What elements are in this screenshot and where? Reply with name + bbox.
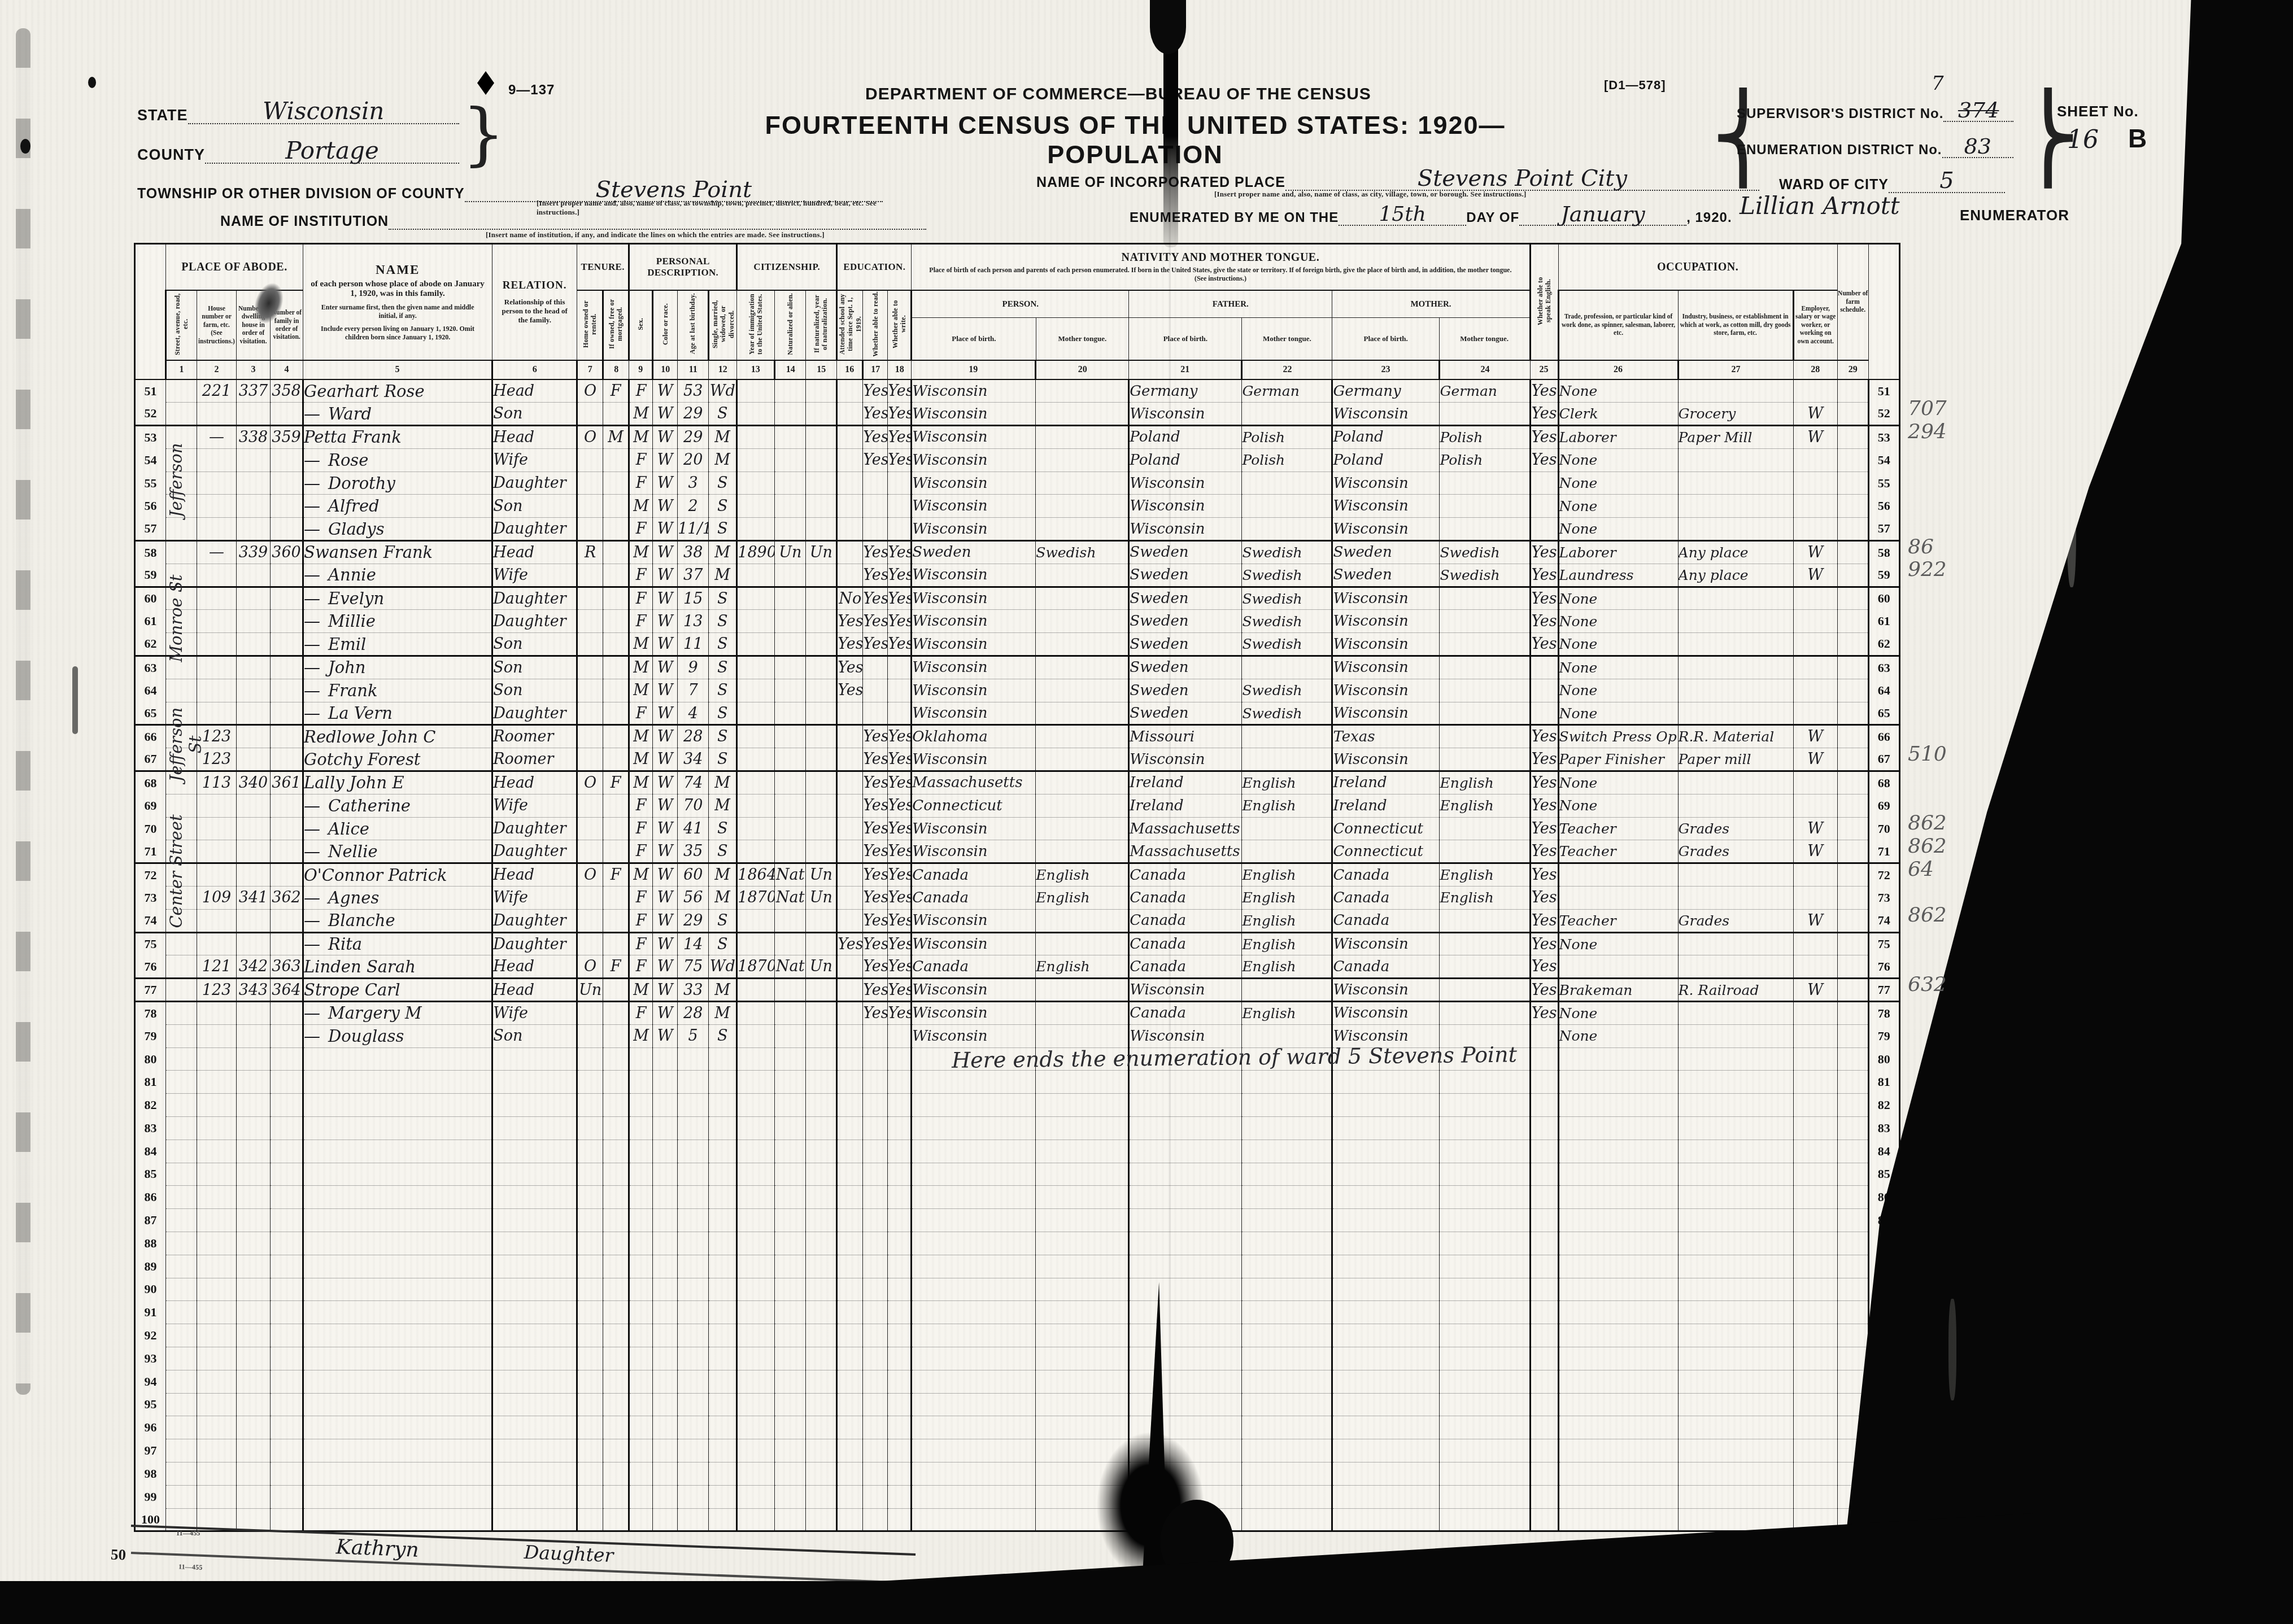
ind-cell (1678, 1324, 1793, 1347)
mpob-cell: Sweden (1332, 564, 1440, 587)
fmt-cell (1242, 1186, 1332, 1209)
imm-cell (737, 817, 775, 840)
eng-cell (1530, 1094, 1558, 1117)
age-cell (678, 1416, 709, 1439)
own-cell (577, 518, 603, 541)
ind-cell: Paper Mill (1678, 426, 1793, 449)
mar-cell (709, 1163, 737, 1186)
school-cell (837, 379, 863, 403)
sex-cell: F (629, 932, 653, 955)
nat-cell (775, 495, 806, 518)
mmt-cell (1440, 1485, 1530, 1508)
dw-cell (237, 518, 271, 541)
farm-cell (1837, 887, 1868, 910)
fam-cell (271, 1002, 303, 1025)
natyr-cell: Un (806, 887, 837, 910)
trade-cell: None (1558, 587, 1678, 610)
house-cell (197, 1094, 237, 1117)
street-cell (166, 1094, 197, 1117)
census-row: 8787 (135, 1209, 1900, 1232)
house-cell (197, 679, 237, 702)
emp-cell (1793, 1347, 1837, 1370)
mmt-cell (1440, 1393, 1530, 1416)
nat-cell (775, 1416, 806, 1439)
rel-cell: Daughter (492, 932, 577, 955)
school-cell (837, 518, 863, 541)
ind-cell (1678, 1186, 1793, 1209)
mpob-cell: Connecticut (1332, 817, 1440, 840)
own-cell (577, 1301, 603, 1324)
mar-cell (709, 1047, 737, 1071)
row-number: 66 (1868, 725, 1899, 748)
rel-cell: Daughter (492, 817, 577, 840)
census-row: 74—BlancheDaughterFW29SYesYesWisconsinCa… (135, 909, 1900, 932)
row-number: 83 (1868, 1117, 1899, 1140)
dw-cell (237, 840, 271, 863)
emp-cell: W (1793, 909, 1837, 932)
fam-cell (271, 587, 303, 610)
school-cell (837, 748, 863, 771)
name-cell: —Ward (303, 403, 492, 426)
imm-cell (737, 564, 775, 587)
row-number: 63 (135, 656, 166, 679)
color-cell (653, 1209, 678, 1232)
ind-cell (1678, 1393, 1793, 1416)
row-number: 55 (135, 472, 166, 495)
color-cell: W (653, 379, 678, 403)
ink-blot (477, 71, 494, 95)
ink-smear (1150, 0, 1186, 54)
rel-cell (492, 1047, 577, 1071)
write-cell (888, 1278, 912, 1301)
pob-cell (912, 1071, 1036, 1094)
fmt-cell (1242, 472, 1332, 495)
mar-cell: M (709, 564, 737, 587)
fam-cell (271, 1370, 303, 1393)
color-cell (653, 1462, 678, 1485)
fam-cell (271, 403, 303, 426)
nat-cell: Nat (775, 863, 806, 887)
age-cell (678, 1140, 709, 1163)
farm-cell (1837, 587, 1868, 610)
sex-cell (629, 1347, 653, 1370)
group-occupation: OCCUPATION. (1558, 244, 1837, 291)
mpob-cell: Germany (1332, 379, 1440, 403)
mort-cell (603, 518, 629, 541)
natyr-cell (806, 1439, 837, 1463)
census-row: 8989 (135, 1255, 1900, 1278)
color-cell: W (653, 794, 678, 817)
trade-cell: None (1558, 1002, 1678, 1025)
color-cell (653, 1278, 678, 1301)
row-number: 76 (1868, 955, 1899, 979)
emp-cell (1793, 1485, 1837, 1508)
nat-cell (775, 1255, 806, 1278)
margin-annotation: 922 (1908, 558, 1947, 581)
sex-cell: M (629, 541, 653, 564)
house-cell (197, 909, 237, 932)
farm-cell (1837, 817, 1868, 840)
fmt-cell (1242, 1140, 1332, 1163)
farm-cell (1837, 794, 1868, 817)
mar-cell: S (709, 817, 737, 840)
rel-cell: Daughter (492, 472, 577, 495)
color-cell (653, 1301, 678, 1324)
fmt-cell: English (1242, 794, 1332, 817)
emp-cell (1793, 1071, 1837, 1094)
farm-cell (1837, 979, 1868, 1002)
row-number: 79 (135, 1024, 166, 1047)
natyr-cell (806, 610, 837, 633)
school-cell (837, 1209, 863, 1232)
natyr-cell (806, 1278, 837, 1301)
write-cell: Yes (888, 979, 912, 1002)
own-cell (577, 587, 603, 610)
own-cell (577, 495, 603, 518)
eng-cell: Yes (1530, 610, 1558, 633)
mar-cell (709, 1347, 737, 1370)
school-cell (837, 1370, 863, 1393)
imm-cell (737, 1232, 775, 1255)
age-cell (678, 1186, 709, 1209)
row-number: 53 (1868, 426, 1899, 449)
rel-cell: Daughter (492, 909, 577, 932)
trade-cell (1558, 1347, 1678, 1370)
rel-cell: Wife (492, 1002, 577, 1025)
trade-cell (1558, 1186, 1678, 1209)
emp-cell (1793, 495, 1837, 518)
age-cell (678, 1278, 709, 1301)
age-cell: 56 (678, 887, 709, 910)
mpob-cell: Texas (1332, 725, 1440, 748)
fpob-cell: Wisconsin (1129, 472, 1242, 495)
imm-cell (737, 1393, 775, 1416)
dw-cell (237, 1255, 271, 1278)
column-number: 11 (678, 360, 709, 379)
eng-cell: Yes (1530, 1002, 1558, 1025)
age-cell: 28 (678, 725, 709, 748)
color-cell (653, 1370, 678, 1393)
trade-cell (1558, 1370, 1678, 1393)
census-row: 8686 (135, 1186, 1900, 1209)
nat-cell (775, 1094, 806, 1117)
read-cell: Yes (863, 771, 888, 794)
row-number: 77 (135, 979, 166, 1002)
name-cell (303, 1094, 492, 1117)
emp-cell (1793, 1002, 1837, 1025)
nat-cell (775, 1508, 806, 1531)
mt-cell (1036, 702, 1129, 725)
mpob-cell: Wisconsin (1332, 656, 1440, 679)
eng-cell: Yes (1530, 587, 1558, 610)
fam-cell (271, 448, 303, 472)
house-cell (197, 448, 237, 472)
row-number: 86 (135, 1186, 166, 1209)
mt-cell (1036, 1209, 1129, 1232)
street-cell (166, 1117, 197, 1140)
emp-cell (1793, 1024, 1837, 1047)
pob-cell (912, 1163, 1036, 1186)
row-number: 52 (1868, 403, 1899, 426)
pob-cell: Connecticut (912, 794, 1036, 817)
mmt-cell (1440, 656, 1530, 679)
age-cell: 38 (678, 541, 709, 564)
census-row: 77123343364Strope CarlHeadUnMW33MYesYesW… (135, 979, 1900, 1002)
house-cell: — (197, 541, 237, 564)
mpob-cell (1332, 1140, 1440, 1163)
row-number-header (1868, 244, 1899, 380)
mpob-cell (1332, 1232, 1440, 1255)
emp-cell (1793, 679, 1837, 702)
mpob-cell: Canada (1332, 909, 1440, 932)
row-number: 80 (1868, 1047, 1899, 1071)
name-cell (303, 1232, 492, 1255)
mmt-cell (1440, 955, 1530, 979)
trade-cell (1558, 1163, 1678, 1186)
nat-cell (775, 1002, 806, 1025)
column-number: 6 (492, 360, 577, 379)
supervisor-value: 374 (1958, 98, 1999, 123)
trade-cell (1558, 1232, 1678, 1255)
farm-cell (1837, 702, 1868, 725)
natyr-cell (806, 564, 837, 587)
ind-cell: Paper mill (1678, 748, 1793, 771)
natyr-cell (806, 794, 837, 817)
mpob-cell (1332, 1416, 1440, 1439)
emp-cell (1793, 472, 1837, 495)
farm-cell (1837, 932, 1868, 955)
mort-cell (603, 564, 629, 587)
school-cell (837, 1278, 863, 1301)
name-cell (303, 1186, 492, 1209)
mt-cell: English (1036, 955, 1129, 979)
write-cell: Yes (888, 633, 912, 656)
fam-cell (271, 794, 303, 817)
ind-cell (1678, 1439, 1793, 1463)
natyr-cell: Un (806, 955, 837, 979)
write-cell (888, 1416, 912, 1439)
dw-cell (237, 1209, 271, 1232)
row-number: 82 (135, 1094, 166, 1117)
ind-cell (1678, 1347, 1793, 1370)
row-number: 85 (135, 1163, 166, 1186)
fmt-cell: German (1242, 379, 1332, 403)
census-row: 8484 (135, 1140, 1900, 1163)
dw-cell: 338 (237, 426, 271, 449)
imm-cell (737, 840, 775, 863)
census-row: 9191 (135, 1301, 1900, 1324)
house-cell (197, 1347, 237, 1370)
nat-cell (775, 587, 806, 610)
name-cell (303, 1071, 492, 1094)
street-name: Center Street (167, 791, 197, 952)
sex-cell: M (629, 725, 653, 748)
mmt-cell (1440, 725, 1530, 748)
fam-cell (271, 1462, 303, 1485)
person-mother-tongue-header: Mother tongue. (1036, 318, 1129, 360)
write-cell (888, 1485, 912, 1508)
eng-cell: Yes (1530, 909, 1558, 932)
mmt-cell (1440, 1232, 1530, 1255)
ind-cell (1678, 1232, 1793, 1255)
read-cell (863, 1163, 888, 1186)
form-corner-mark: 11—455 (176, 1529, 200, 1538)
imm-cell (737, 587, 775, 610)
write-cell: Yes (888, 610, 912, 633)
dw-cell (237, 1462, 271, 1485)
ind-cell (1678, 1163, 1793, 1186)
census-row: 57—GladysDaughterFW11/12SWisconsinWiscon… (135, 518, 1900, 541)
mmt-cell (1440, 1347, 1530, 1370)
imm-cell (737, 1186, 775, 1209)
mpob-cell (1332, 1094, 1440, 1117)
row-number: 66 (135, 725, 166, 748)
age-cell: 74 (678, 771, 709, 794)
column-number: 27 (1678, 360, 1793, 379)
sex-cell (629, 1508, 653, 1531)
own-cell (577, 1117, 603, 1140)
street-cell (166, 1439, 197, 1463)
write-cell: Yes (888, 840, 912, 863)
name-cell: —Agnes (303, 887, 492, 910)
own-cell (577, 1255, 603, 1278)
brace-icon: } (462, 95, 505, 173)
natyr-cell (806, 1462, 837, 1485)
school-cell (837, 1094, 863, 1117)
fam-cell: 364 (271, 979, 303, 1002)
eng-cell: Yes (1530, 541, 1558, 564)
read-cell (863, 1024, 888, 1047)
nat-cell (775, 1071, 806, 1094)
own-cell (577, 817, 603, 840)
age-cell: 35 (678, 840, 709, 863)
color-cell (653, 1485, 678, 1508)
school-cell (837, 771, 863, 794)
sex-cell (629, 1255, 653, 1278)
mort-cell (603, 541, 629, 564)
read-cell: Yes (863, 426, 888, 449)
ind-cell (1678, 1462, 1793, 1485)
natyr-cell (806, 1163, 837, 1186)
fam-cell (271, 472, 303, 495)
own-cell: Un (577, 979, 603, 1002)
mar-cell: S (709, 633, 737, 656)
rel-cell: Head (492, 426, 577, 449)
fam-cell (271, 1439, 303, 1463)
natyr-cell (806, 1301, 837, 1324)
imm-cell (737, 702, 775, 725)
mar-cell: M (709, 887, 737, 910)
census-row: 55—DorothyDaughterFW3SWisconsinWisconsin… (135, 472, 1900, 495)
natyr-cell (806, 448, 837, 472)
fpob-cell: Poland (1129, 448, 1242, 472)
rel-cell: Wife (492, 564, 577, 587)
column-marital-status: Single, married, widowed, or divorced. (709, 290, 737, 360)
mort-cell (603, 702, 629, 725)
column-number: 21 (1129, 360, 1242, 379)
dw-cell (237, 610, 271, 633)
natyr-cell (806, 472, 837, 495)
read-cell: Yes (863, 955, 888, 979)
mother-place-of-birth-header: Place of birth. (1332, 318, 1438, 360)
fmt-cell: English (1242, 955, 1332, 979)
mort-cell (603, 1416, 629, 1439)
fmt-cell: Polish (1242, 448, 1332, 472)
mpob-cell (1332, 1071, 1440, 1094)
natyr-cell (806, 633, 837, 656)
sex-cell: F (629, 817, 653, 840)
emp-cell (1793, 1163, 1837, 1186)
trade-cell (1558, 955, 1678, 979)
age-cell: 4 (678, 702, 709, 725)
name-cell: —La Vern (303, 702, 492, 725)
ind-cell (1678, 702, 1793, 725)
trade-cell (1558, 1416, 1678, 1439)
trade-cell (1558, 887, 1678, 910)
read-cell: Yes (863, 887, 888, 910)
dw-cell (237, 1047, 271, 1071)
mt-cell (1036, 379, 1129, 403)
color-cell: W (653, 863, 678, 887)
mmt-cell: German (1440, 379, 1530, 403)
own-cell (577, 909, 603, 932)
nat-cell: Nat (775, 887, 806, 910)
sex-cell (629, 1278, 653, 1301)
mmt-cell (1440, 1186, 1530, 1209)
school-cell (837, 1301, 863, 1324)
eng-cell (1530, 679, 1558, 702)
fmt-cell: Swedish (1242, 702, 1332, 725)
ind-cell (1678, 1071, 1793, 1094)
school-cell (837, 840, 863, 863)
age-cell: 13 (678, 610, 709, 633)
row-number: 68 (1868, 771, 1899, 794)
column-number: 2 (197, 360, 237, 379)
eng-cell (1530, 1278, 1558, 1301)
supervisor-label: SUPERVISOR'S DISTRICT No. (1737, 106, 1943, 122)
read-cell (863, 1094, 888, 1117)
sex-cell (629, 1094, 653, 1117)
fmt-cell: Polish (1242, 426, 1332, 449)
imm-cell (737, 379, 775, 403)
name-cell: Lally John E (303, 771, 492, 794)
emp-cell (1793, 1209, 1837, 1232)
mmt-cell (1440, 702, 1530, 725)
farm-cell (1837, 840, 1868, 863)
column-number: 29 (1837, 360, 1868, 379)
fpob-cell (1129, 1255, 1242, 1278)
row-number: 57 (135, 518, 166, 541)
color-cell: W (653, 472, 678, 495)
dw-cell (237, 1094, 271, 1117)
natyr-cell (806, 1117, 837, 1140)
mort-cell (603, 725, 629, 748)
nat-cell: Un (775, 541, 806, 564)
house-cell (197, 702, 237, 725)
imm-cell (737, 518, 775, 541)
street-cell (166, 1462, 197, 1485)
school-cell (837, 1140, 863, 1163)
census-row: 72O'Connor PatrickHeadOFMW60M1864NatUnYe… (135, 863, 1900, 887)
pob-cell: Wisconsin (912, 679, 1036, 702)
trade-cell (1558, 1255, 1678, 1278)
pob-cell (912, 1485, 1036, 1508)
row-number: 73 (135, 887, 166, 910)
read-cell (863, 1324, 888, 1347)
margin-annotation: 86 (1908, 535, 1934, 558)
row-number: 60 (1868, 587, 1899, 610)
emp-cell: W (1793, 426, 1837, 449)
